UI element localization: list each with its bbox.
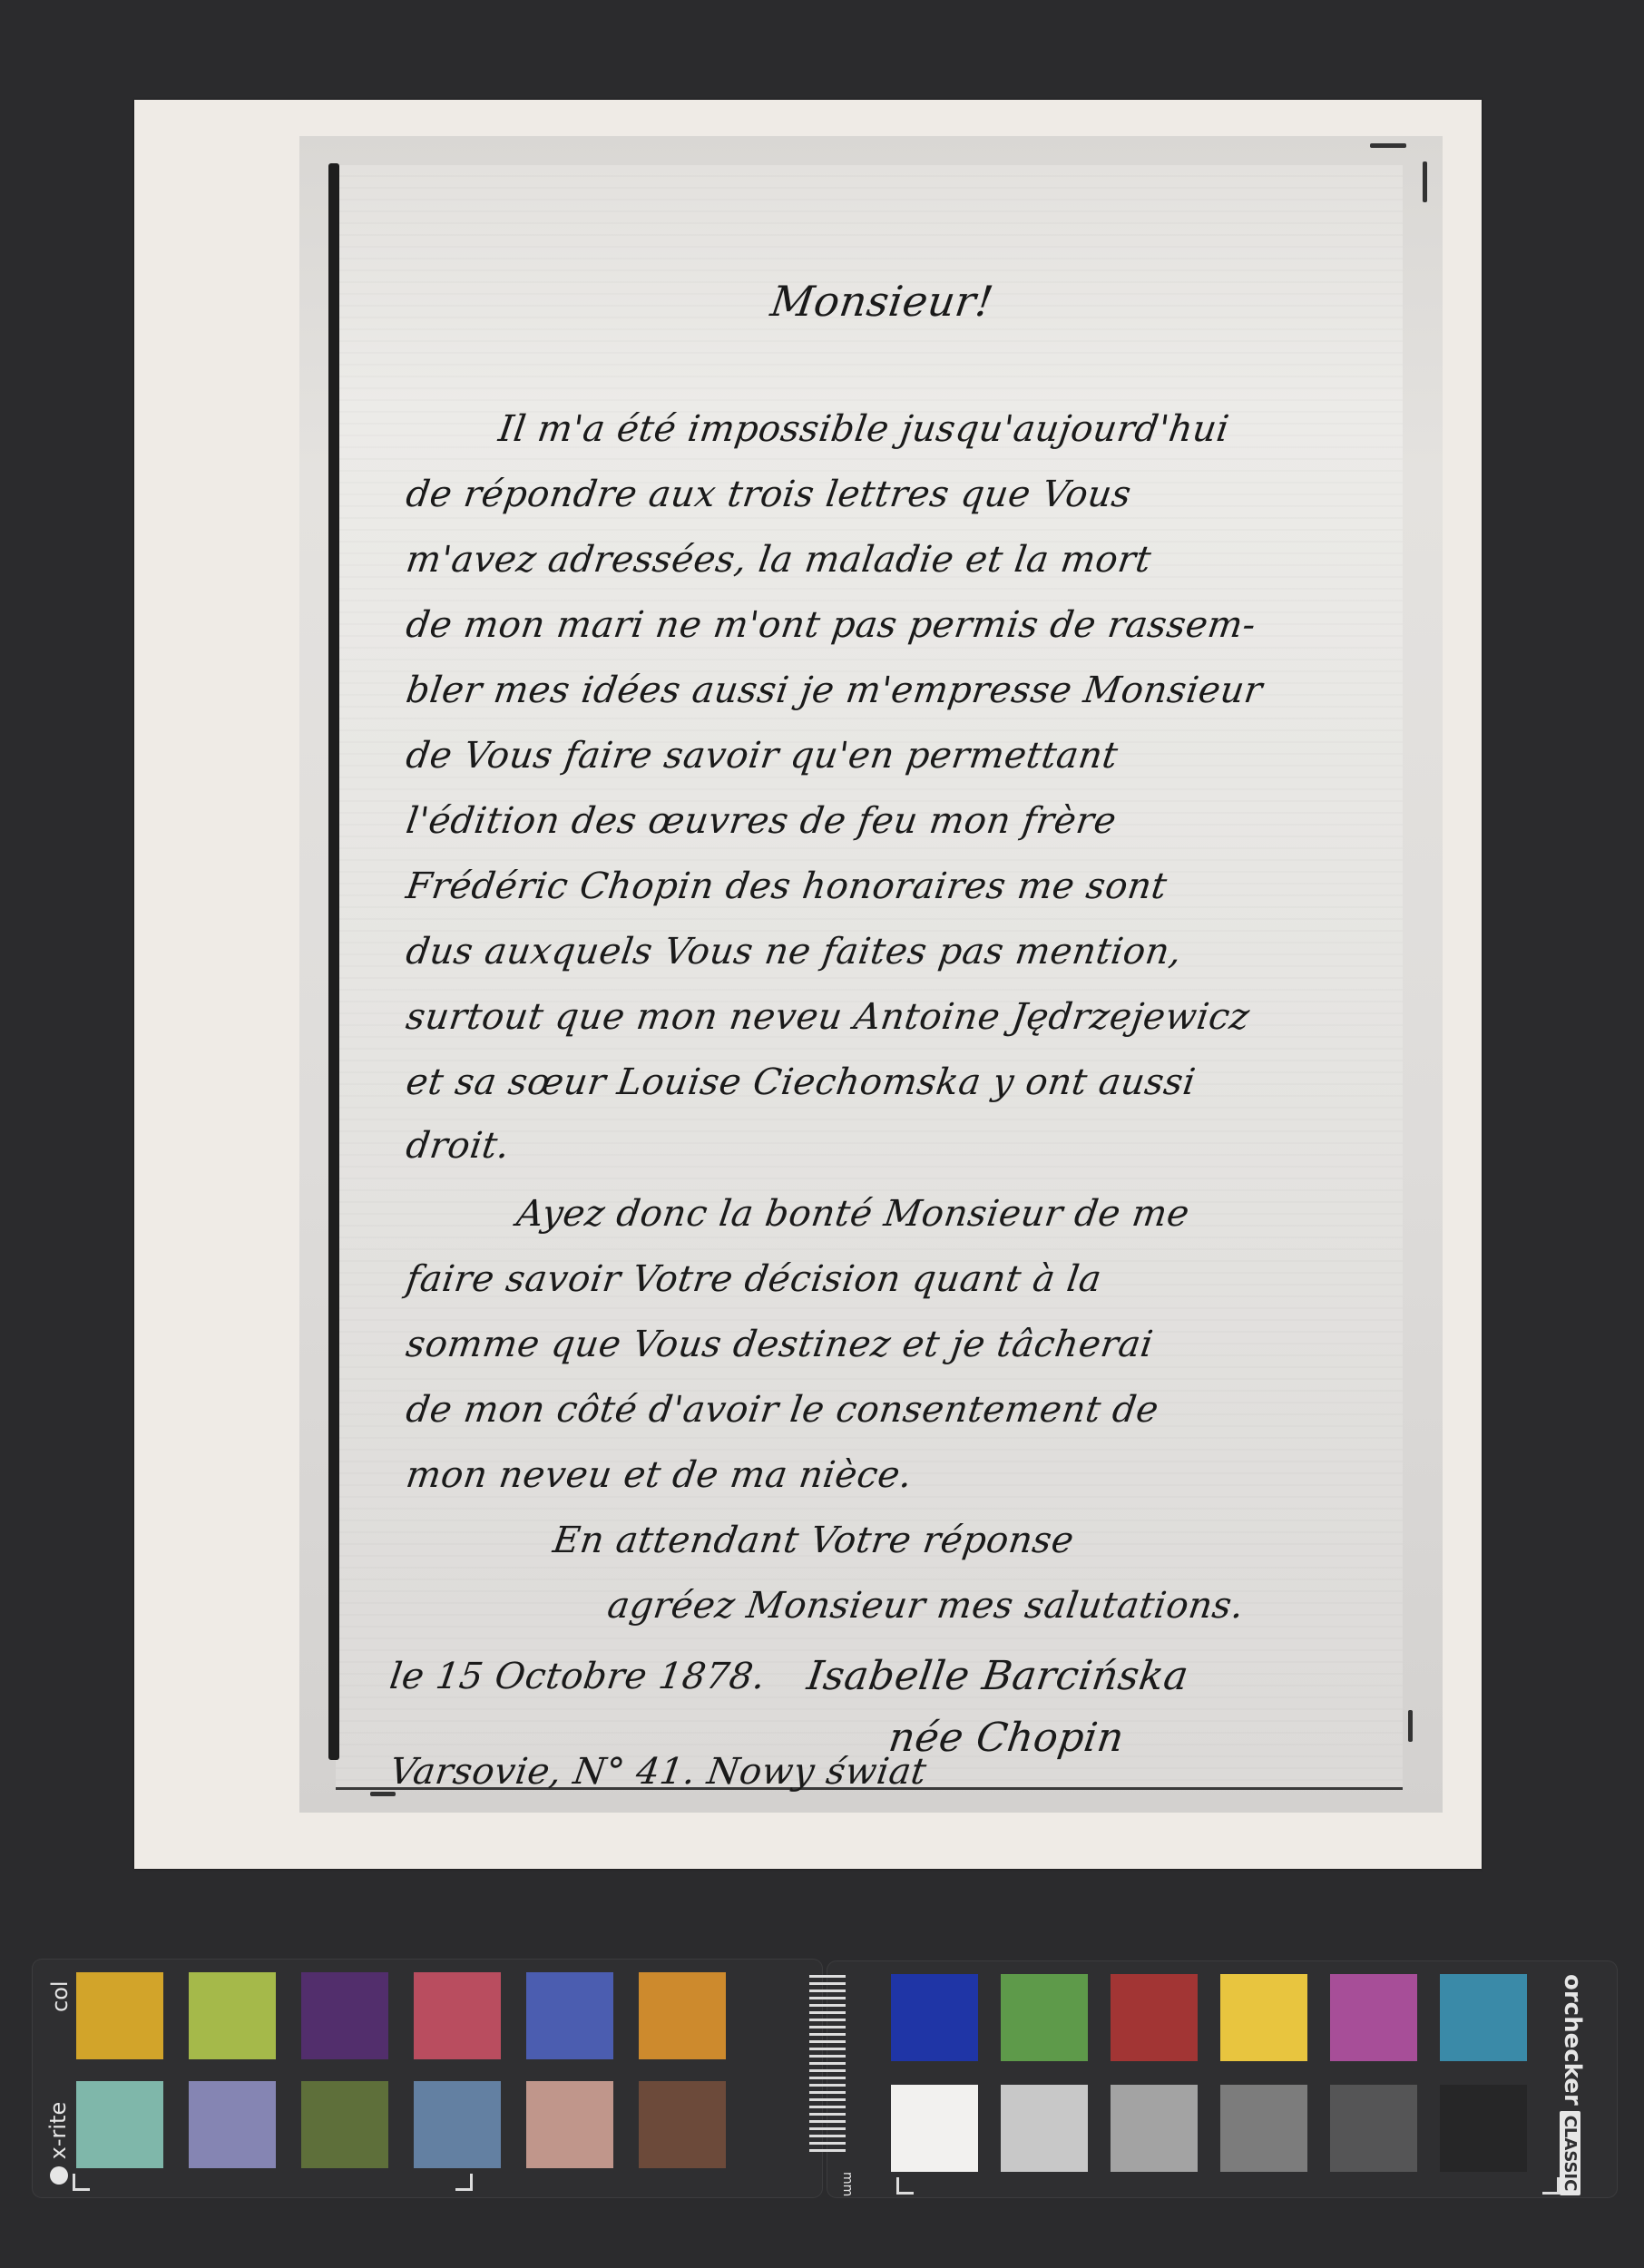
swatch-magenta [1330,1974,1417,2061]
color-checker-left-card: col x-rite [33,1960,822,2197]
swatch-dark-skin [639,2081,726,2168]
letter-line: de Vous faire savoir qu'en permettant [404,735,1120,777]
swatch-red [1111,1974,1198,2061]
letter-line: m'avez adressées, la maladie et la mort [404,539,1154,581]
xrite-label: x-rite [45,2102,71,2160]
letter-line: dus auxquels Vous ne faites pas mention, [404,931,1185,973]
swatch-orange [639,1972,726,2059]
letter-closing: agréez Monsieur mes salutations. [605,1585,1247,1627]
colorchecker-label: orchecker [1559,1974,1586,2106]
swatch-neutral-8 [1001,2085,1088,2172]
letter-closing: En attendant Votre réponse [551,1520,1077,1561]
swatch-blue [891,1974,978,2061]
swatch-cyan [1440,1974,1527,2061]
crop-mark [896,2177,914,2195]
corner-mark-right [1423,161,1427,202]
letter-line: de mon côté d'avoir le consentement de [404,1389,1161,1431]
letter-date: le 15 Octobre 1878. [387,1656,768,1697]
swatch-yellow [1220,1974,1307,2061]
crop-mark [73,2174,90,2191]
color-checker-right-card: mm orcheckerCLASSIC [827,1961,1617,2197]
letter-photograph: Monsieur! Il m'a été impossible jusqu'au… [299,136,1443,1813]
letter-line: Frédéric Chopin des honoraires me sont [404,865,1169,907]
swatch-black [1440,2085,1527,2172]
letter-line: mon neveu et de ma nièce. [404,1454,915,1496]
crop-mark [455,2174,473,2191]
classic-badge: CLASSIC [1560,2111,1580,2196]
swatch-moderate-red [414,1972,501,2059]
corner-mark-bottom-right [1408,1710,1413,1742]
swatch-purplish-blue [526,1972,613,2059]
crop-mark [1542,2177,1560,2195]
swatch-bluish-green [76,2081,163,2168]
swatch-neutral-5 [1220,2085,1307,2172]
ruler-unit: mm [840,2172,855,2196]
letter-line: faire savoir Votre décision quant à la [404,1258,1104,1300]
colorchecker-brand: orcheckerCLASSIC [1559,1974,1586,2195]
letter-line: de répondre aux trois lettres que Vous [404,474,1134,515]
xrite-logo-icon [50,2166,68,2185]
swatch-orange-yellow [76,1972,163,2059]
letter-line: l'édition des œuvres de feu mon frère [404,800,1120,842]
swatch-green [1001,1974,1088,2061]
letter-line: droit. [404,1125,513,1167]
swatch-yellow-green [189,1972,276,2059]
corner-mark-top [1370,143,1406,148]
swatch-blue-sky [414,2081,501,2168]
letter-line: et sa sœur Louise Ciechomska y ont aussi [404,1061,1199,1103]
swatch-white [891,2085,978,2172]
swatch-neutral-6-5 [1111,2085,1198,2172]
letter-line: Il m'a été impossible jusqu'aujourd'hui [496,408,1232,450]
swatch-foliage [301,2081,388,2168]
page-left-edge [328,163,339,1760]
letter-line: de mon mari ne m'ont pas permis de rasse… [404,604,1258,646]
swatch-neutral-3-5 [1330,2085,1417,2172]
letter-line: surtout que mon neveu Antoine Jędrzejewi… [404,996,1253,1038]
letter-line: somme que Vous destinez et je tâcherai [404,1324,1156,1365]
swatch-purple [301,1972,388,2059]
mm-ruler[interactable] [809,1970,846,2156]
salutation: Monsieur! [768,277,996,326]
sender-address: Varsovie, N° 41. Nowy świat [387,1751,929,1793]
swatch-blue-flower [189,2081,276,2168]
xrite-brand: x-rite [45,2102,71,2185]
photo-print: Monsieur! Il m'a été impossible jusqu'au… [134,100,1482,1869]
letter-line: bler mes idées aussi je m'empresse Monsi… [404,670,1266,711]
card-brand-col: col [47,1980,73,2012]
letter-line: Ayez donc la bonté Monsieur de me [514,1193,1192,1235]
swatch-light-skin [526,2081,613,2168]
signature-name: Isabelle Barcińska [804,1653,1191,1699]
